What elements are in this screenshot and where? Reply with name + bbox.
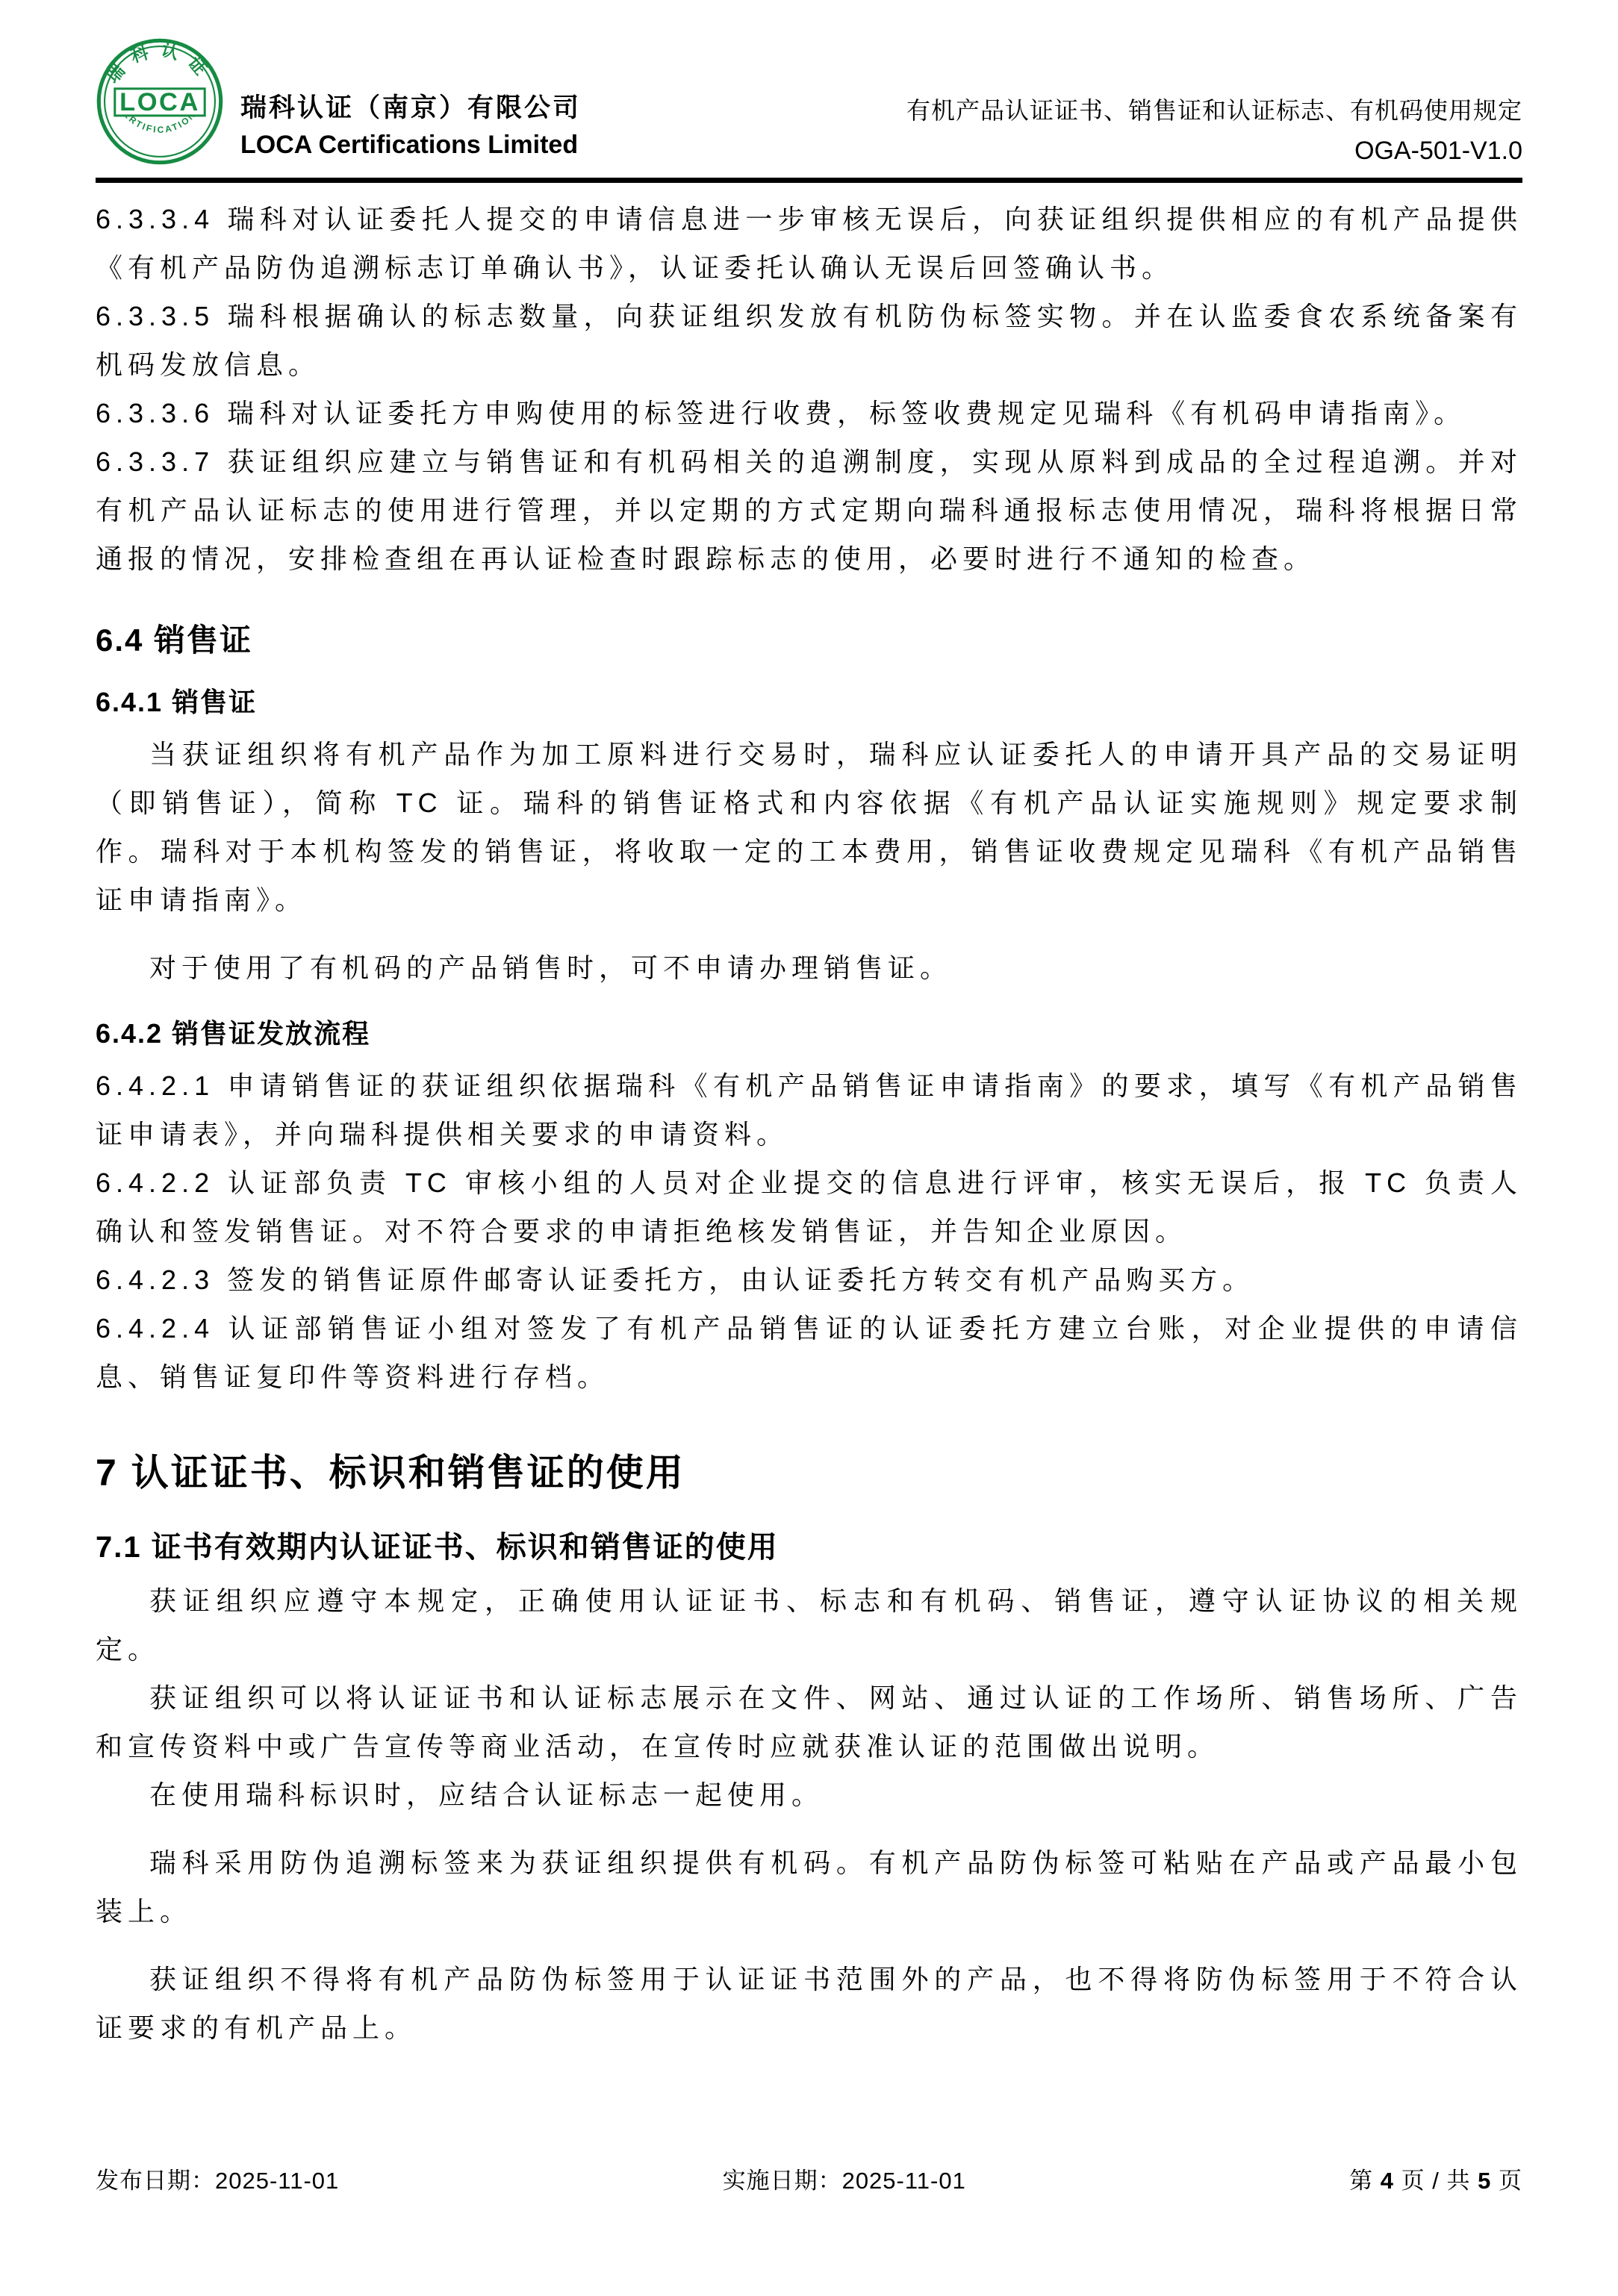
implement-date: 实施日期：2025-11-01 bbox=[723, 2162, 966, 2195]
page-number: 第 4 页 / 共 5 页 bbox=[1349, 2162, 1522, 2195]
company-name-cn: 瑞科认证（南京）有限公司 bbox=[240, 87, 581, 125]
para-display-cert: 获证组织可以将认证证书和认证标志展示在文件、网站、通过认证的工作场所、销售场所、… bbox=[96, 1673, 1522, 1771]
para-tc-cert: 当获证组织将有机产品作为加工原料进行交易时，瑞科应认证委托人的申请开具产品的交易… bbox=[96, 730, 1522, 924]
document-title: 有机产品认证证书、销售证和认证标志、有机码使用规定 bbox=[906, 92, 1522, 126]
clause-6.4.2.3: 6.4.2.3 签发的销售证原件邮寄认证委托方，由认证委托方转交有机产品购买方。 bbox=[96, 1255, 1522, 1304]
loca-logo-icon: 瑞科认证 CERTIFICATIONS LOCA bbox=[96, 37, 224, 166]
clause-6.4.2.1: 6.4.2.1 申请销售证的获证组织依据瑞科《有机产品销售证申请指南》的要求，填… bbox=[96, 1061, 1522, 1158]
document-code: OGA-501-V1.0 bbox=[906, 137, 1522, 166]
clause-6.4.2.2: 6.4.2.2 认证部负责 TC 审核小组的人员对企业提交的信息进行评审，核实无… bbox=[96, 1158, 1522, 1255]
heading-7.1: 7.1 证书有效期内认证证书、标识和销售证的使用 bbox=[96, 1523, 1522, 1566]
company-name-en: LOCA Certifications Limited bbox=[240, 131, 581, 160]
clause-6.3.3.6: 6.3.3.6 瑞科对认证委托方申购使用的标签进行收费，标签收费规定见瑞科《有机… bbox=[96, 389, 1522, 437]
para-use-mark: 在使用瑞科标识时，应结合认证标志一起使用。 bbox=[96, 1771, 1522, 1819]
para-follow-rules: 获证组织应遵守本规定，正确使用认证证书、标志和有机码、销售证，遵守认证协议的相关… bbox=[96, 1576, 1522, 1673]
document-id-block: 有机产品认证证书、销售证和认证标志、有机码使用规定 OGA-501-V1.0 bbox=[906, 92, 1522, 166]
clause-6.3.3.7: 6.3.3.7 获证组织应建立与销售证和有机码相关的追溯制度，实现从原料到成品的… bbox=[96, 437, 1522, 583]
heading-7: 7 认证证书、标识和销售证的使用 bbox=[96, 1443, 1522, 1497]
document-body: 6.3.3.4 瑞科对认证委托人提交的申请信息进一步审核无误后，向获证组织提供相… bbox=[96, 183, 1522, 2052]
para-anti-fake-label: 瑞科采用防伪追溯标签来为获证组织提供有机码。有机产品防伪标签可粘贴在产品或产品最… bbox=[96, 1838, 1522, 1935]
loca-logo: 瑞科认证 CERTIFICATIONS LOCA bbox=[96, 37, 224, 166]
clause-6.3.3.5: 6.3.3.5 瑞科根据确认的标志数量，向获证组织发放有机防伪标签实物。并在认监… bbox=[96, 292, 1522, 389]
para-organic-code-sales: 对于使用了有机码的产品销售时，可不申请办理销售证。 bbox=[96, 943, 1522, 992]
page-header: 瑞科认证 CERTIFICATIONS LOCA 瑞科认证（南京）有限公司 LO… bbox=[96, 0, 1522, 183]
heading-6.4.1: 6.4.1 销售证 bbox=[96, 681, 1522, 720]
company-block: 瑞科认证（南京）有限公司 LOCA Certifications Limited bbox=[240, 87, 581, 160]
logo-center-text: LOCA bbox=[119, 88, 200, 116]
publish-date: 发布日期：2025-11-01 bbox=[96, 2162, 339, 2195]
heading-6.4: 6.4 销售证 bbox=[96, 616, 1522, 661]
document-page: 瑞科认证 CERTIFICATIONS LOCA 瑞科认证（南京）有限公司 LO… bbox=[0, 0, 1618, 2296]
heading-6.4.2: 6.4.2 销售证发放流程 bbox=[96, 1013, 1522, 1051]
para-label-restriction: 获证组织不得将有机产品防伪标签用于认证证书范围外的产品，也不得将防伪标签用于不符… bbox=[96, 1955, 1522, 2052]
page-footer: 发布日期：2025-11-01 实施日期：2025-11-01 第 4 页 / … bbox=[96, 2162, 1522, 2195]
clause-6.4.2.4: 6.4.2.4 认证部销售证小组对签发了有机产品销售证的认证委托方建立台账，对企… bbox=[96, 1304, 1522, 1401]
clause-6.3.3.4: 6.3.3.4 瑞科对认证委托人提交的申请信息进一步审核无误后，向获证组织提供相… bbox=[96, 195, 1522, 292]
